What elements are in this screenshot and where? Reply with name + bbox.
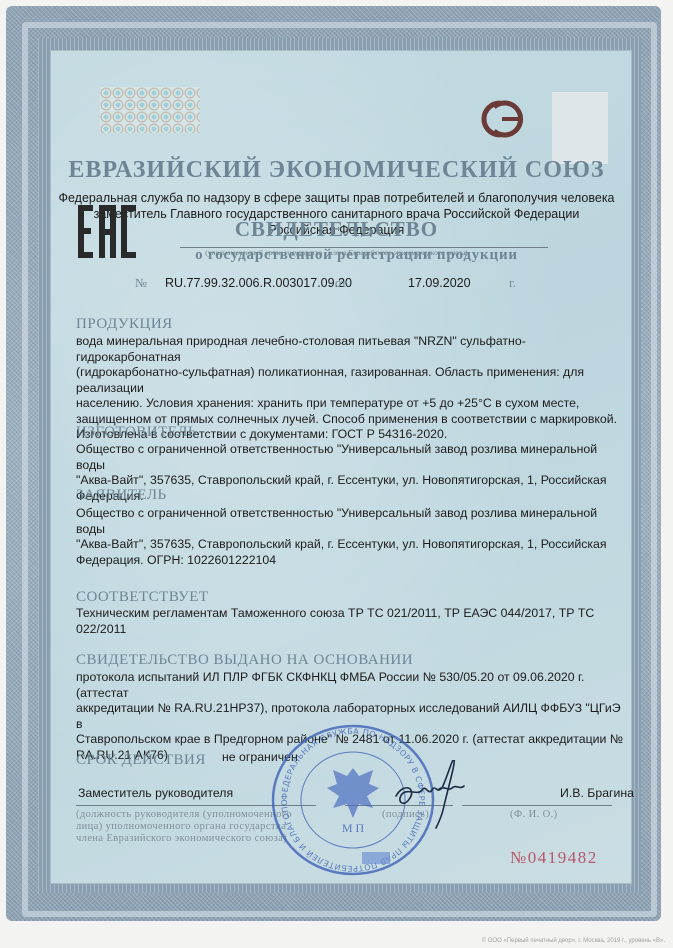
registration-number: RU.77.99.32.006.R.003017.09.20 bbox=[165, 276, 352, 290]
text-line: (гидрокарбонатно-сульфатная) поликатионн… bbox=[76, 365, 626, 396]
signatory-name: И.В. Брагина bbox=[560, 786, 634, 802]
serial-number: №0419482 bbox=[510, 848, 598, 868]
date-label: от bbox=[335, 276, 347, 291]
name-caption: (Ф. И. О.) bbox=[510, 809, 558, 821]
signature-icon bbox=[388, 760, 498, 830]
registration-date: 17.09.2020 bbox=[408, 276, 471, 290]
blank-square bbox=[552, 92, 608, 164]
text-line: протокола испытаний ИЛ ПЛР ФГБК СКФНКЦ Ф… bbox=[76, 670, 626, 701]
text-line: населению. Условия хранения: хранить при… bbox=[76, 396, 626, 412]
product-heading: ПРОДУКЦИЯ bbox=[76, 316, 173, 333]
caption-line: члена Евразийского экономического союза) bbox=[76, 833, 292, 845]
conformity-heading: СООТВЕТСТВУЕТ bbox=[76, 589, 209, 606]
text-line: Общество с ограниченной ответственностью… bbox=[76, 506, 626, 537]
certificate-title: СВИДЕТЕЛЬСТВО bbox=[0, 217, 673, 242]
year-suffix: г. bbox=[509, 276, 516, 291]
svg-text:М П: М П bbox=[342, 821, 365, 835]
text-line: "Аква-Вайт", 357635, Ставропольский край… bbox=[76, 537, 626, 553]
manufacturer-heading: ИЗГОТОВИТЕЛЬ bbox=[76, 424, 197, 441]
conformity-details: Техническим регламентам Таможенного союз… bbox=[76, 606, 636, 637]
printer-imprint: © ООО «Первый печатный двор», г. Москва,… bbox=[482, 938, 665, 944]
se-logo-icon bbox=[476, 95, 534, 143]
text-line: Федерация. ОГРН: 1022601222104 bbox=[76, 553, 626, 569]
applicant-heading: ЗАЯВИТЕЛЬ bbox=[76, 487, 167, 504]
caption-line: лица) уполномоченного органа государства bbox=[76, 821, 292, 833]
agency-line: Федеральная служба по надзору в сфере за… bbox=[0, 190, 673, 206]
hologram-icon bbox=[100, 87, 200, 133]
number-label: № bbox=[135, 276, 147, 291]
basis-heading: СВИДЕТЕЛЬСТВО ВЫДАНО НА ОСНОВАНИИ bbox=[76, 652, 413, 669]
union-title: ЕВРАЗИЙСКИЙ ЭКОНОМИЧЕСКИЙ СОЮЗ bbox=[0, 157, 673, 184]
text-line: Техническим регламентам Таможенного союз… bbox=[76, 606, 636, 637]
signatory-position: Заместитель руководителя bbox=[78, 786, 233, 802]
position-caption: (должность руководителя (уполномоченного… bbox=[76, 809, 292, 845]
text-line: вода минеральная природная лечебно-столо… bbox=[76, 334, 626, 365]
text-line: Общество с ограниченной ответственностью… bbox=[76, 442, 626, 473]
validity-heading: СРОК ДЕЙСТВИЯ bbox=[76, 752, 206, 769]
applicant-details: Общество с ограниченной ответственностью… bbox=[76, 506, 626, 568]
caption-line: (должность руководителя (уполномоченного bbox=[76, 809, 292, 821]
certificate-subtitle: о государственной регистрации продукции bbox=[0, 247, 673, 264]
